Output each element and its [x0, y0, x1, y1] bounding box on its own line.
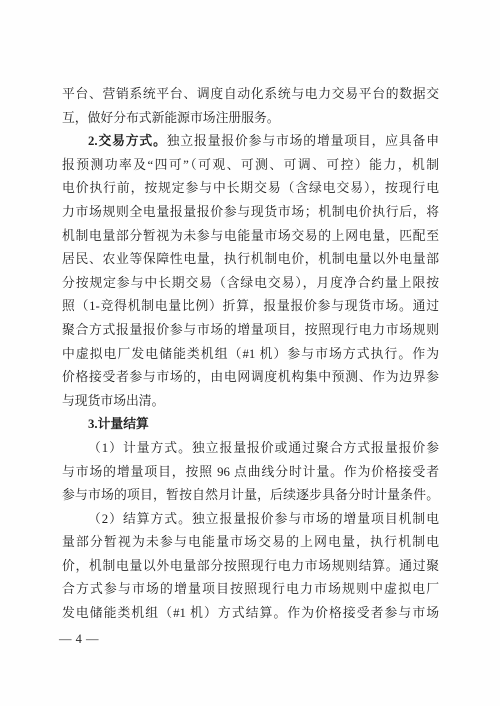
section-heading-run: 2.交易方式。 — [88, 134, 167, 148]
text-line: 价格接受者参与市场的，由电网调度机构集中预测、作为边界参 — [62, 366, 439, 390]
text-line: 聚合方式报量报价参与市场的增量项目，按照现行电力市场规则 — [62, 319, 439, 343]
text-segment: 居民、农业等保障性电量，执行机制电价，机制电量以外电量部 — [62, 252, 439, 266]
text-line: 发电储能类机组（#1 机）方式结算。作为价格接受者参与市场 — [62, 602, 439, 626]
text-line: 力市场规则全电量报量报价参与现货市场；机制电价执行后，将 — [62, 201, 439, 225]
section-heading: 3.计量结算 — [88, 417, 149, 431]
text-line: 机制电量部分暂视为未参与电能量市场交易的上网电量，匹配至 — [62, 225, 439, 249]
text-segment: 电价执行前，按规定参与中长期交易（含绿电交易），按现行电 — [62, 181, 439, 195]
text-line: 与市场的增量项目，按照 96 点曲线分时计量。作为价格接受者 — [62, 461, 439, 485]
text-line: （1）计量方式。独立报量报价或通过聚合方式报量报价参 — [62, 437, 439, 461]
document-body: 平台、营销系统平台、调度自动化系统与电力交易平台的数据交 互，做好分布式新能源市… — [62, 83, 439, 626]
text-segment: 机制电量部分暂视为未参与电能量市场交易的上网电量，匹配至 — [62, 229, 439, 243]
text-segment: 聚合方式报量报价参与市场的增量项目，按照现行电力市场规则 — [62, 323, 439, 337]
text-segment: （2）结算方式。独立报量报价参与市场的增量项目机制电 — [88, 512, 439, 526]
text-line: 报预测功率及“四可”（可观、可测、可调、可控）能力，机制 — [62, 154, 439, 178]
text-segment: 照（1-竞得机制电量比例）折算，报量报价参与现货市场。通过 — [62, 299, 439, 313]
text-line: 与现货市场出清。 — [62, 390, 439, 414]
text-segment: 互，做好分布式新能源市场注册服务。 — [62, 111, 280, 125]
text-segment: 与市场的增量项目，按照 96 点曲线分时计量。作为价格接受者 — [62, 465, 439, 479]
text-line: 电价执行前，按规定参与中长期交易（含绿电交易），按现行电 — [62, 177, 439, 201]
text-line: 参与市场的项目，暂按自然月计量，后续逐步具备分时计量条件。 — [62, 484, 439, 508]
text-segment: 参与市场的项目，暂按自然月计量，后续逐步具备分时计量条件。 — [62, 488, 439, 502]
text-segment: 报预测功率及“四可”（可观、可测、可调、可控）能力，机制 — [62, 158, 439, 172]
text-segment: 价格接受者参与市场的，由电网调度机构集中预测、作为边界参 — [62, 370, 439, 384]
text-segment: 力市场规则全电量报量报价参与现货市场；机制电价执行后，将 — [62, 205, 439, 219]
text-line: 价，机制电量以外电量部分按照现行电力市场规则结算。通过聚 — [62, 555, 439, 579]
text-line: （2）结算方式。独立报量报价参与市场的增量项目机制电 — [62, 508, 439, 532]
text-segment: 中虚拟电厂发电储能类机组（#1 机）参与市场方式执行。作为 — [62, 347, 439, 361]
text-line: 居民、农业等保障性电量，执行机制电价，机制电量以外电量部 — [62, 248, 439, 272]
text-line: 平台、营销系统平台、调度自动化系统与电力交易平台的数据交 — [62, 83, 439, 107]
text-segment: 量部分暂视为未参与电能量市场交易的上网电量，执行机制电 — [62, 535, 439, 549]
text-segment: 合方式参与市场的增量项目按照现行电力市场规则中虚拟电厂 — [62, 582, 439, 596]
page-number: — 4 — — [59, 629, 99, 649]
text-segment: 分按规定参与中长期交易（含绿电交易），月度净合约量上限按 — [62, 276, 439, 290]
text-segment: 与现货市场出清。 — [62, 394, 164, 408]
text-segment: 发电储能类机组（#1 机）方式结算。作为价格接受者参与市场 — [62, 606, 439, 620]
text-line: 合方式参与市场的增量项目按照现行电力市场规则中虚拟电厂 — [62, 578, 439, 602]
text-segment: 独立报量报价参与市场的增量项目，应具备申 — [167, 134, 439, 148]
text-line: 分按规定参与中长期交易（含绿电交易），月度净合约量上限按 — [62, 272, 439, 296]
text-line: 照（1-竞得机制电量比例）折算，报量报价参与现货市场。通过 — [62, 295, 439, 319]
text-line: 2.交易方式。独立报量报价参与市场的增量项目，应具备申 — [62, 130, 439, 154]
text-segment: 价，机制电量以外电量部分按照现行电力市场规则结算。通过聚 — [62, 559, 439, 573]
text-line: 互，做好分布式新能源市场注册服务。 — [62, 107, 439, 131]
text-line: 3.计量结算 — [62, 413, 439, 437]
text-line: 量部分暂视为未参与电能量市场交易的上网电量，执行机制电 — [62, 531, 439, 555]
document-page: 平台、营销系统平台、调度自动化系统与电力交易平台的数据交 互，做好分布式新能源市… — [0, 0, 500, 706]
text-line: 中虚拟电厂发电储能类机组（#1 机）参与市场方式执行。作为 — [62, 343, 439, 367]
text-segment: （1）计量方式。独立报量报价或通过聚合方式报量报价参 — [88, 441, 439, 455]
text-segment: 平台、营销系统平台、调度自动化系统与电力交易平台的数据交 — [62, 87, 439, 101]
